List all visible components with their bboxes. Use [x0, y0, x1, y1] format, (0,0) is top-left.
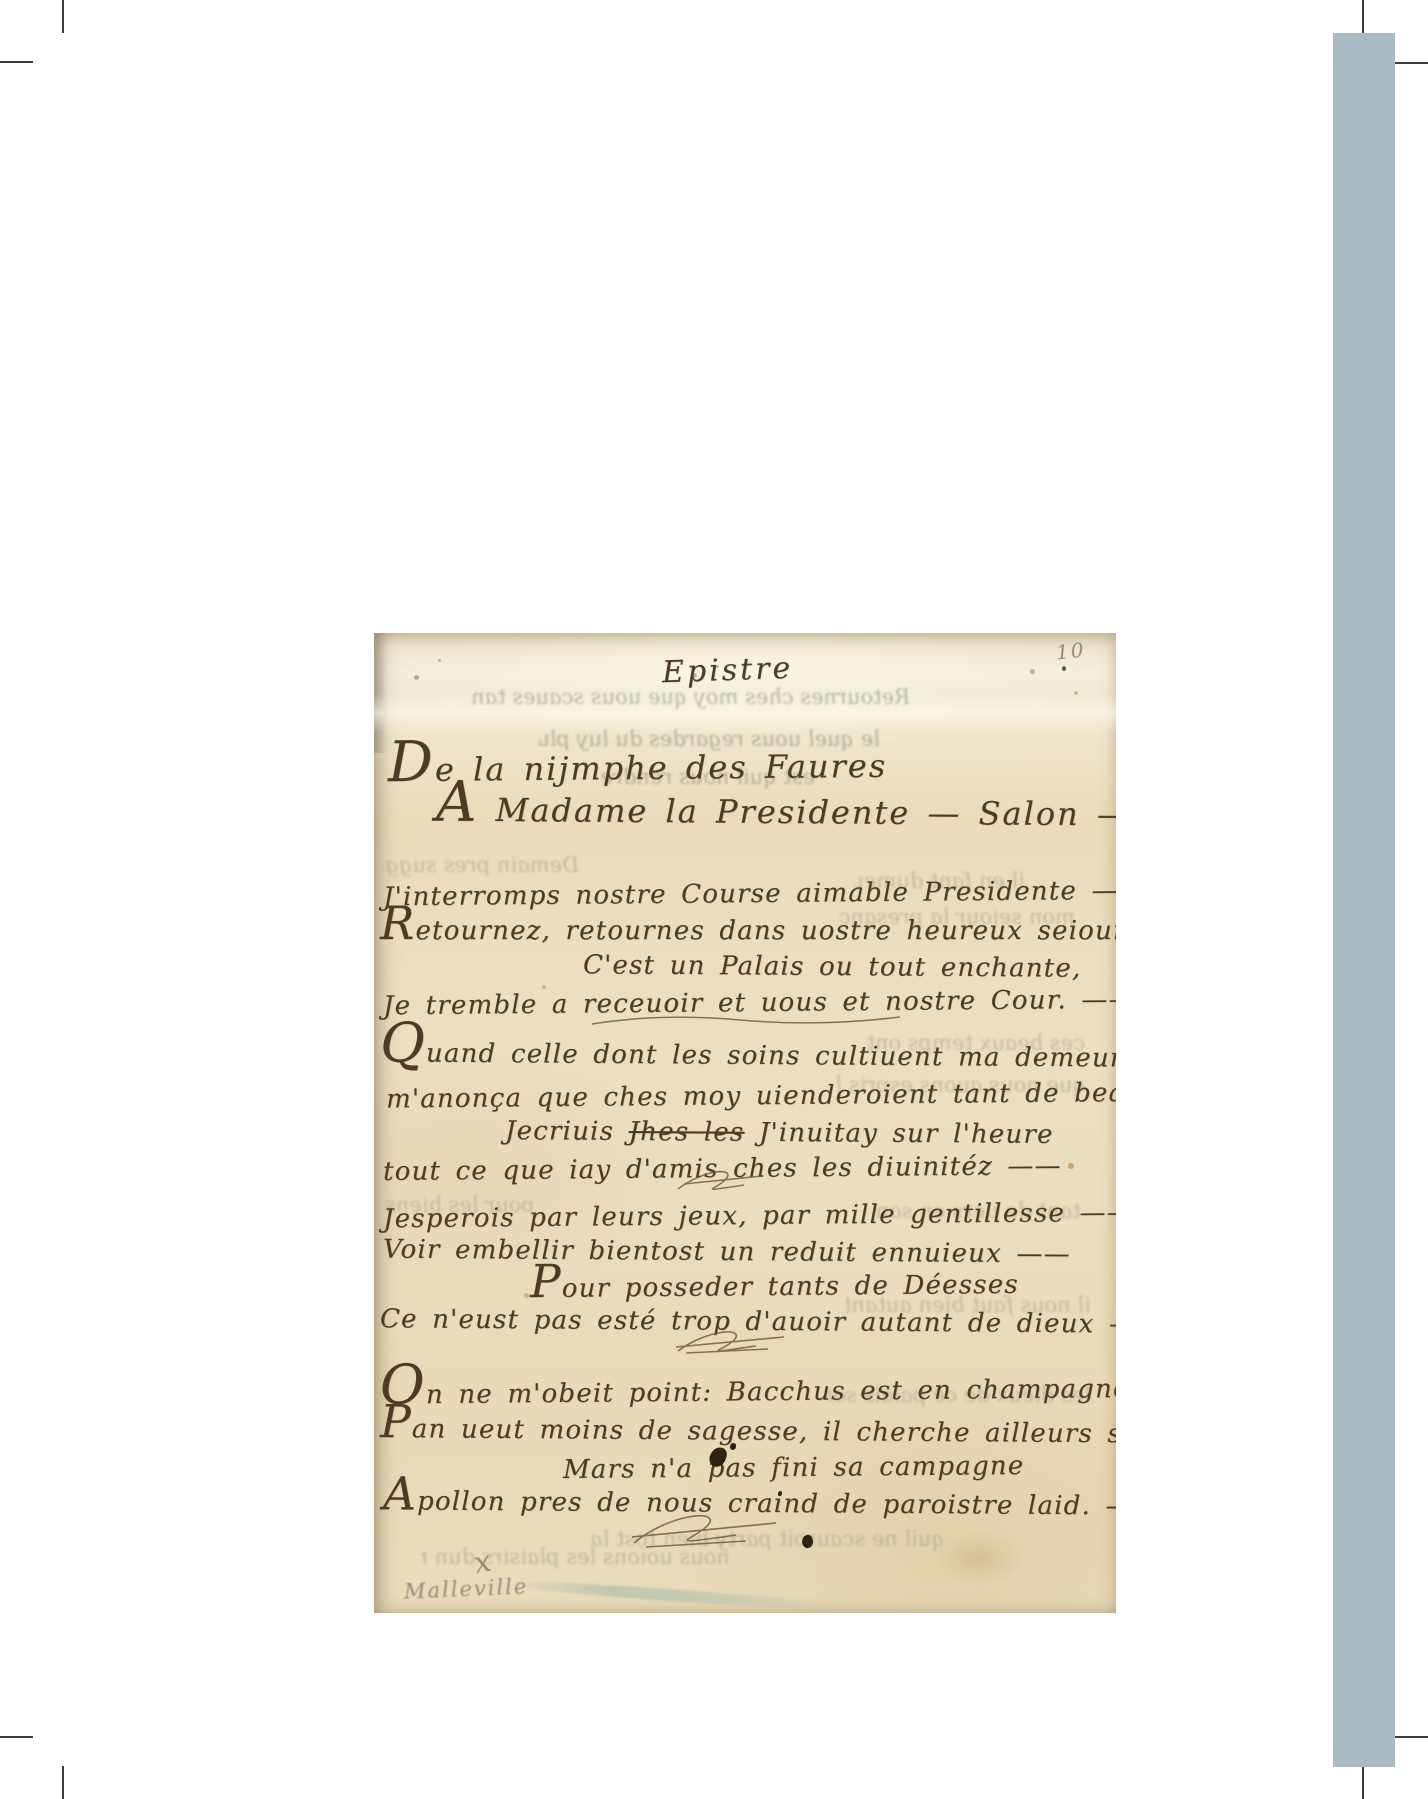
heading-line: A Madame la Presidente — Salon — [436, 791, 1116, 834]
ink-flourish [672, 1327, 797, 1359]
ink-flourish [674, 1167, 774, 1197]
accent-color-bar [1333, 33, 1395, 1767]
poem-line: Pan ueut moins de sagesse, il cherche ai… [380, 1414, 1116, 1450]
ink-blot [730, 1443, 736, 1450]
poem-line: Quand celle dont les soins cultiuent ma … [380, 1038, 1116, 1073]
poem-line-segment: J'inuitay sur l'heure [744, 1118, 1053, 1150]
trim-mark-bottom-right-horizontal [1395, 1736, 1428, 1738]
trim-mark-top-left-horizontal [0, 61, 33, 63]
poem-line: Pour posseder tants de Déesses [530, 1270, 1019, 1304]
manuscript-title: Epistre [661, 651, 793, 691]
poem-line: Voir embellir bientost un reduit ennuieu… [383, 1235, 1071, 1270]
trim-mark-top-right-vertical [1362, 0, 1364, 33]
poem-line: Retournez, retournes dans uostre heureux… [380, 916, 1116, 946]
foxing-spot [414, 675, 419, 680]
trim-mark-bottom-right-vertical [1362, 1766, 1364, 1799]
ink-flourish [626, 1509, 806, 1553]
stain [934, 1531, 1024, 1586]
poem-line: J'interromps nostre Course aimable Presi… [383, 876, 1116, 913]
foxing-spot [524, 1293, 529, 1298]
poem-line: Jecriuis Jhes les J'inuitay sur l'heure [505, 1116, 1054, 1150]
foxing-spot [1030, 669, 1035, 674]
trim-mark-bottom-left-vertical [62, 1766, 64, 1799]
poem-line: C'est un Palais ou tout enchante, [583, 950, 1082, 983]
poem-line: m'anonça que ches moy uienderoient tant … [386, 1078, 1116, 1115]
ink-smear [504, 1578, 834, 1613]
print-proof-page: { "page": { "background_color": "#ffffff… [0, 0, 1428, 1799]
trim-mark-top-right-horizontal [1395, 62, 1428, 64]
ink-fleck [1062, 666, 1066, 671]
poem-line: Mars n'a pas fini sa campagne [563, 1451, 1025, 1485]
ink-flourish [590, 1011, 902, 1029]
folio-number: 10 [1055, 638, 1087, 665]
rust-spot [1068, 1163, 1074, 1169]
attribution-signature: Malleville [404, 1574, 529, 1603]
trim-mark-top-left-vertical [62, 0, 64, 33]
poem-line: Jesperois par leurs jeux, par mille gent… [383, 1198, 1116, 1235]
foxing-spot [1074, 691, 1078, 695]
struck-words: Jhes les [628, 1117, 744, 1148]
manuscript-scan: Retournes ches moy que uous scaues tant … [374, 633, 1116, 1613]
poem-line-segment: Jecriuis [505, 1116, 629, 1147]
foxing-spot [542, 985, 546, 989]
foxing-spot [438, 659, 441, 662]
poem-line: On ne m'obeit point: Bacchus est en cham… [380, 1373, 1116, 1410]
bleed-through-line: Demain pres suggite [383, 853, 581, 877]
trim-mark-bottom-left-horizontal [0, 1736, 33, 1738]
